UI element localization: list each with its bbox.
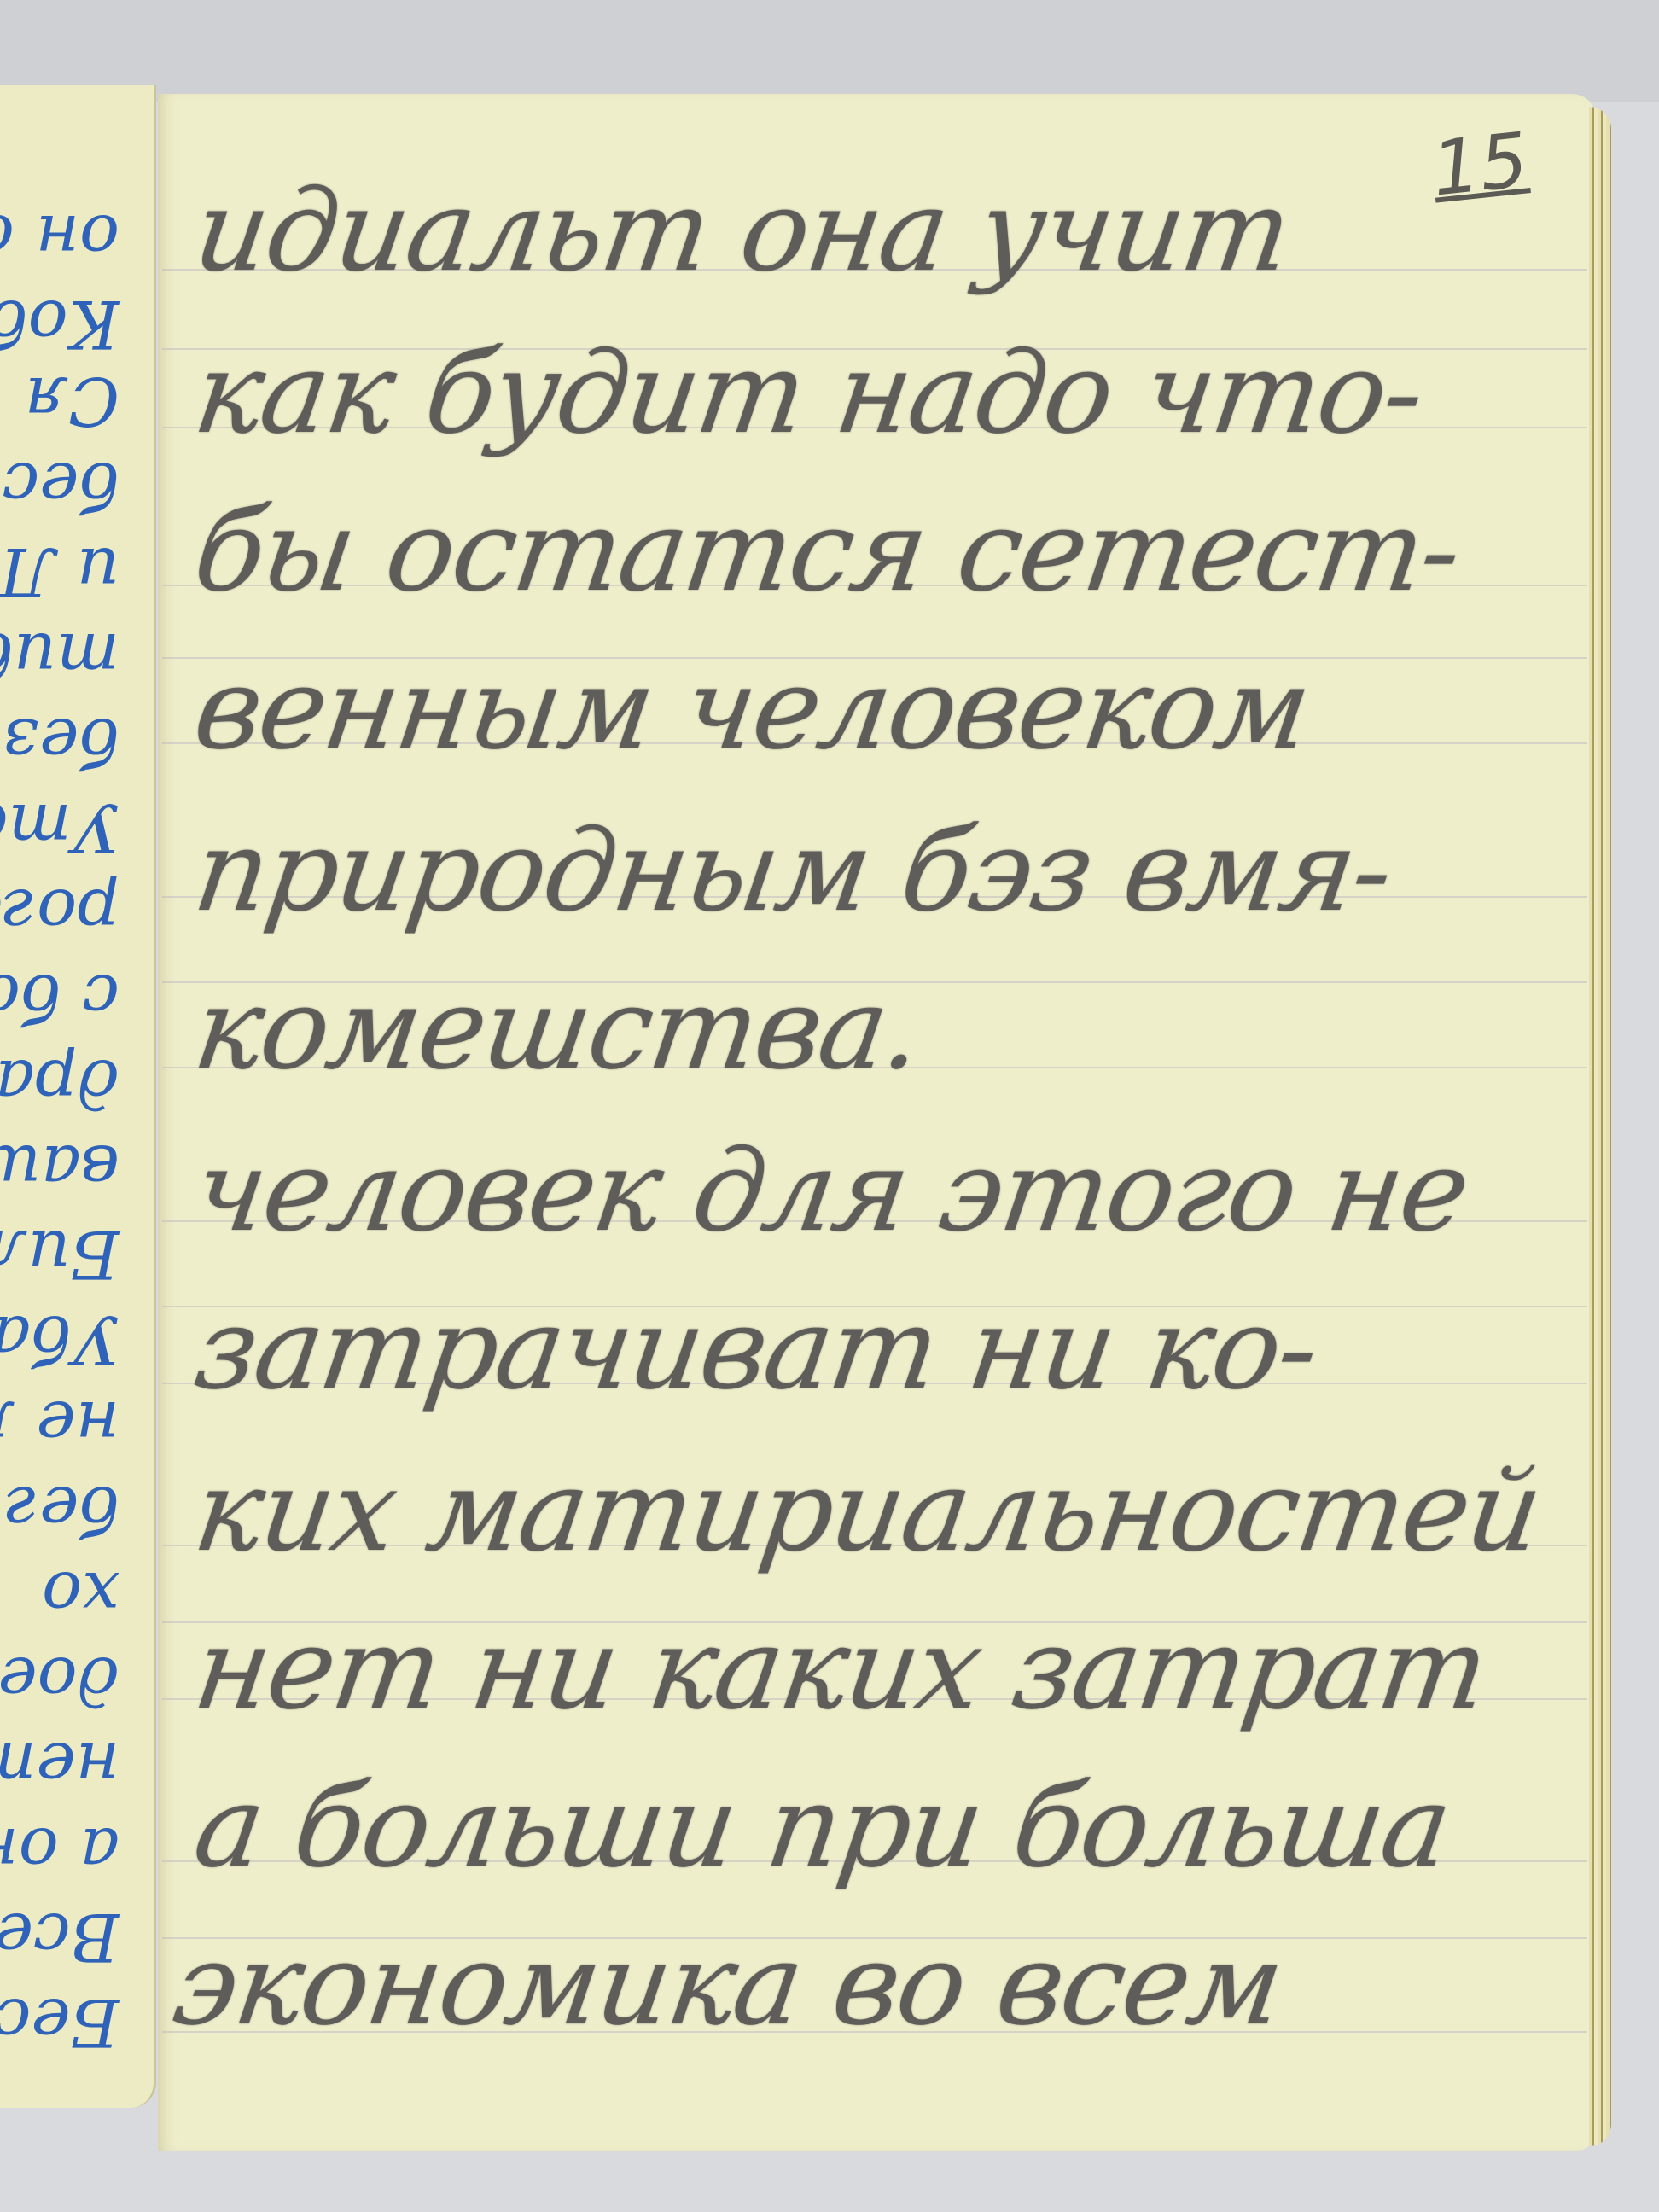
left-fragment: дра	[0, 1050, 119, 1116]
handwritten-line: затрачиват ни ко-	[189, 1293, 1570, 1406]
handwritten-line: а больши при больша	[189, 1771, 1570, 1883]
left-fragment: Уто	[0, 794, 119, 860]
background-surface	[0, 0, 1659, 102]
left-fragment: хо	[0, 1562, 119, 1628]
left-fragment: рого	[0, 879, 119, 946]
left-page: он о Кобо Ся бесс и ЛЧ тиби без Уто рого…	[0, 85, 156, 2108]
left-fragment: Всех	[0, 1903, 119, 1970]
page-edges	[1589, 107, 1611, 2146]
left-fragment: без	[0, 708, 119, 775]
left-fragment: с бо	[0, 964, 119, 1031]
left-fragment: Бил	[0, 1220, 119, 1287]
handwritten-line: как будит надо что-	[189, 337, 1570, 450]
handwritten-line: идиальт она учит	[189, 175, 1570, 288]
left-fragment: не м	[0, 1391, 119, 1458]
left-fragment: тиби	[0, 623, 119, 690]
handwritten-line: бы остатся сетест-	[189, 495, 1570, 608]
handwritten-line: нет ни каких затрат	[189, 1613, 1570, 1726]
left-fragment: Ся	[0, 367, 119, 434]
handwritten-line: человек для этого не	[189, 1135, 1570, 1248]
left-fragment: бесс	[0, 452, 119, 519]
handwritten-line: комешства.	[189, 973, 1570, 1086]
left-fragment: бег	[0, 1476, 119, 1543]
handwritten-line: экономика во всем	[167, 1929, 1549, 2041]
left-fragment: а он	[0, 1818, 119, 1884]
left-fragment: ваш	[0, 1135, 119, 1202]
left-fragment: и ЛЧ	[0, 538, 119, 604]
left-fragment: дое	[0, 1647, 119, 1714]
left-fragment: он о	[0, 205, 119, 271]
left-fragment: Кобо	[0, 290, 119, 357]
left-fragment: Уба	[0, 1306, 119, 1372]
left-fragment: Бес	[0, 1988, 119, 2055]
handwritten-line: природным бэз вмя-	[189, 815, 1570, 928]
handwritten-line: венным человеком	[189, 653, 1570, 765]
handwritten-line: ких матириальностей	[189, 1455, 1570, 1568]
left-fragment: нет	[0, 1732, 119, 1799]
